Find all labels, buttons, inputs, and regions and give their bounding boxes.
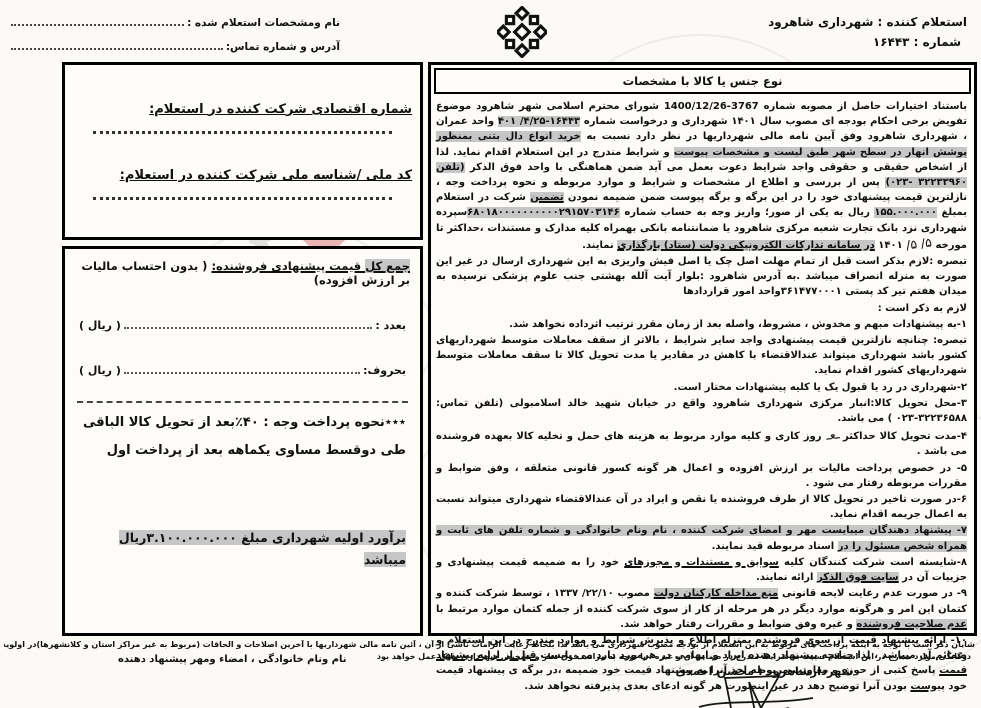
terms-paragraph: لازم به ذکر است : bbox=[436, 301, 967, 316]
text-segment: تبصره: چنانچه نازلترین قیمت پیشنهادی واج… bbox=[436, 335, 967, 376]
text-segment: ۴-مدت تحویل کالا حداکثر bbox=[839, 431, 967, 442]
scanned-inquiry-form-page: هزاره گستره ارتباط استعلام کننده : شهردا… bbox=[0, 0, 981, 708]
text-segment: ۳۶۱۴۷۷۰۰۰۱ bbox=[781, 286, 842, 297]
header-inquired-party-block: نام ومشخصات استعلام شده : آدرس و شماره ت… bbox=[8, 14, 340, 62]
text-segment: ۸-شایسته است شرکت کنندگان کلیه bbox=[779, 557, 967, 568]
bidder-info-column: شماره اقتصادی شرکت کننده در استعلام: کد … bbox=[62, 62, 423, 636]
terms-paragraph: ۴-مدت تحویل کالا حداکثر ـعـ روز کاری و ک… bbox=[436, 427, 967, 459]
text-segment: ۳-محل تحویل کالا:انبار مرکزی شهرداری شاه… bbox=[436, 398, 967, 424]
economic-code-field: شماره اقتصادی شرکت کننده در استعلام: bbox=[73, 102, 412, 134]
dashed-divider bbox=[77, 401, 408, 403]
amount-digits-label: بعدد : bbox=[375, 319, 406, 332]
text-segment: ۳.۱۰۰.۰۰۰.۰۰۰ bbox=[146, 530, 237, 545]
total-price-title: جمع کل قیمت پیشنهادی فروشنده: ( بدون احت… bbox=[75, 259, 410, 287]
fill-in-line bbox=[11, 14, 184, 26]
mayor-signature bbox=[681, 674, 821, 708]
text-segment: و غیره وفق ضوابط و مقررات رفتار خواهد شد… bbox=[620, 619, 856, 630]
terms-paragraph: ۱-به پیشنهادات مبهم و مخدوش ، مشروط، واص… bbox=[436, 317, 967, 332]
amount-in-words-row: بحروف: ( ریال ) bbox=[75, 362, 410, 377]
text-segment: ۶۸۰۱۸۰۰۰۰۰۰۰۰۰۰۲۹۱۵۷۰۳۱۴۶ bbox=[467, 207, 620, 218]
text-segment: اسناد مربوطه قید نمایند. bbox=[712, 541, 838, 552]
amount-words-label: بحروف: bbox=[363, 364, 406, 377]
fill-in-line bbox=[124, 362, 360, 374]
fill-in-line bbox=[93, 197, 391, 200]
national-id-field: کد ملی /شناسه ملی شرکت کننده در استعلام: bbox=[73, 168, 412, 200]
inquired-contact-label: آدرس و شماره تماس: bbox=[226, 41, 340, 53]
text-segment: ۱۶۴۴۳-۴/۲۵/ ۴۰۱ bbox=[498, 116, 580, 127]
text-segment: برآورد اولیه شهرداری مبلغ bbox=[237, 530, 406, 545]
terms-paragraph: ۲-شهرداری در رد یا قبول یک یا کلیه پیشنه… bbox=[436, 380, 967, 395]
proposer-signature-label: نام ونام خانوادگی ، امضاء ومهر پیشنهاد د… bbox=[118, 654, 347, 665]
text-segment: ۱۵۵.۰۰۰.۰۰۰ bbox=[874, 207, 937, 218]
text-segment: ۵- در خصوص پرداخت مالیات بر ارزش افزوده … bbox=[436, 463, 967, 489]
text-segment: ۷- پیشنهاد دهندگان میبایست مهر و امضای ش… bbox=[436, 525, 967, 551]
inquired-contact-field: آدرس و شماره تماس: bbox=[8, 38, 340, 53]
text-segment: ۵/ ۵/ bbox=[905, 234, 933, 252]
text-segment: ۱-به پیشنهادات مبهم و مخدوش ، مشروط، واص… bbox=[509, 319, 967, 330]
text-segment: لازم به ذکر است : bbox=[878, 303, 967, 314]
terms-paragraph: ۳-محل تحویل کالا:انبار مرکزی شهرداری شاه… bbox=[436, 396, 967, 426]
payment-terms-text: ٭٭٭نحوه پرداخت وجه : ۴۰٪بعد از تحویل کال… bbox=[75, 409, 410, 465]
text-segment: ـعـ bbox=[825, 427, 840, 444]
amount-in-digits-row: بعدد : ( ریال ) bbox=[75, 317, 410, 332]
text-segment: ریال به یکی از صور؛ واریز وجه به حساب شم… bbox=[620, 207, 875, 218]
terms-paragraph: ۷- پیشنهاد دهندگان میبایست مهر و امضای ش… bbox=[436, 523, 967, 553]
text-segment: ۶-در صورت تاخیر در تحویل کالا از طرف فرو… bbox=[436, 494, 967, 520]
requester-line: استعلام کننده : شهرداری شاهرود bbox=[768, 12, 967, 32]
text-segment: تضمین bbox=[530, 192, 563, 203]
terms-paragraph: ۶-در صورت تاخیر در تحویل کالا از طرف فرو… bbox=[436, 492, 967, 522]
header-bar: استعلام کننده : شهرداری شاهرود شماره : ۱… bbox=[0, 0, 981, 62]
fill-in-line bbox=[124, 317, 373, 329]
text-segment: ۲-شهرداری در رد یا قبول یک یا کلیه پیشنه… bbox=[674, 382, 967, 393]
fill-in-line bbox=[11, 38, 223, 50]
text-segment: در سامانه تدارکات الکترونیکی دولت (ستاد)… bbox=[617, 240, 875, 251]
header-requester-block: استعلام کننده : شهرداری شاهرود شماره : ۱… bbox=[768, 12, 967, 52]
inquired-name-label: نام ومشخصات استعلام شده : bbox=[187, 17, 340, 29]
text-segment: مصوب bbox=[614, 588, 654, 599]
text-segment: ارائه نمایند. bbox=[756, 572, 817, 583]
economic-code-box: شماره اقتصادی شرکت کننده در استعلام: کد … bbox=[62, 62, 423, 240]
terms-and-conditions-text: باستناد اختیارات حاصل از مصوبه شماره 376… bbox=[431, 95, 974, 697]
text-segment: ۲۲/۱۰/ ۱۳۳۷ bbox=[554, 588, 614, 599]
inquiry-number-line: شماره : ۱۶۴۴۳ bbox=[768, 32, 967, 52]
text-segment: سوابق و مستندات و مجوزهای bbox=[624, 557, 779, 568]
initial-estimate-text: برآورد اولیه شهرداری مبلغ ۳.۱۰۰.۰۰۰.۰۰۰ر… bbox=[75, 527, 410, 571]
text-segment: واحد امور قراردادها bbox=[683, 286, 781, 297]
terms-paragraph: تبصره: چنانچه نازلترین قیمت پیشنهادی واج… bbox=[436, 333, 967, 379]
goods-spec-section: نوع جنس یا کالا با مشخصات باستناد اختیار… bbox=[428, 62, 977, 636]
fill-in-line bbox=[93, 131, 391, 134]
footer-area: شایان ذکر است با توجه به اینکه پرداخت ها… bbox=[0, 638, 981, 708]
rial-suffix: ( ریال ) bbox=[79, 319, 121, 332]
footer-note-line1: شایان ذکر است با توجه به اینکه پرداخت ها… bbox=[4, 640, 975, 649]
total-price-box: جمع کل قیمت پیشنهادی فروشنده: ( بدون احت… bbox=[62, 246, 423, 636]
municipality-emblem-icon bbox=[497, 6, 547, 58]
text-segment: نمایند. bbox=[582, 240, 617, 251]
text-segment: منع مداخله کارکنان دولت bbox=[654, 588, 778, 599]
terms-paragraph: ۹- در صورت عدم رعایت لایحه قانونی منع مد… bbox=[436, 586, 967, 632]
text-segment: ۱۴۰۱ bbox=[875, 240, 906, 251]
inquired-name-field: نام ومشخصات استعلام شده : bbox=[8, 14, 340, 29]
national-id-label: کد ملی /شناسه ملی شرکت کننده در استعلام: bbox=[73, 168, 412, 183]
text-segment: قیمت پیشنهادی فروشنده: bbox=[211, 259, 365, 273]
text-segment: سایت فوق الذکر bbox=[817, 572, 899, 583]
economic-code-label: شماره اقتصادی شرکت کننده در استعلام: bbox=[73, 102, 412, 117]
terms-paragraph: باستناد اختیارات حاصل از مصوبه شماره 376… bbox=[436, 99, 967, 253]
text-segment: ۹- در صورت عدم رعایت لایحه قانونی bbox=[778, 588, 967, 599]
rial-suffix: ( ریال ) bbox=[79, 364, 121, 377]
text-segment: عدم صلاحیت فروشنده bbox=[856, 619, 967, 630]
text-segment: جمع کل bbox=[365, 259, 410, 273]
goods-spec-title: نوع جنس یا کالا با مشخصات bbox=[434, 68, 971, 94]
terms-paragraph: تبصره :لازم بذکر است قبل از تمام مهلت اص… bbox=[436, 254, 967, 300]
main-content: نوع جنس یا کالا با مشخصات باستناد اختیار… bbox=[62, 62, 977, 636]
footer-note-line2: دوگانگی موارد مندرج در این استعلام نسبت … bbox=[330, 652, 971, 661]
terms-paragraph: ۸-شایسته است شرکت کنندگان کلیه سوابق و م… bbox=[436, 555, 967, 585]
terms-paragraph: ۵- در خصوص پرداخت مالیات بر ارزش افزوده … bbox=[436, 461, 967, 491]
